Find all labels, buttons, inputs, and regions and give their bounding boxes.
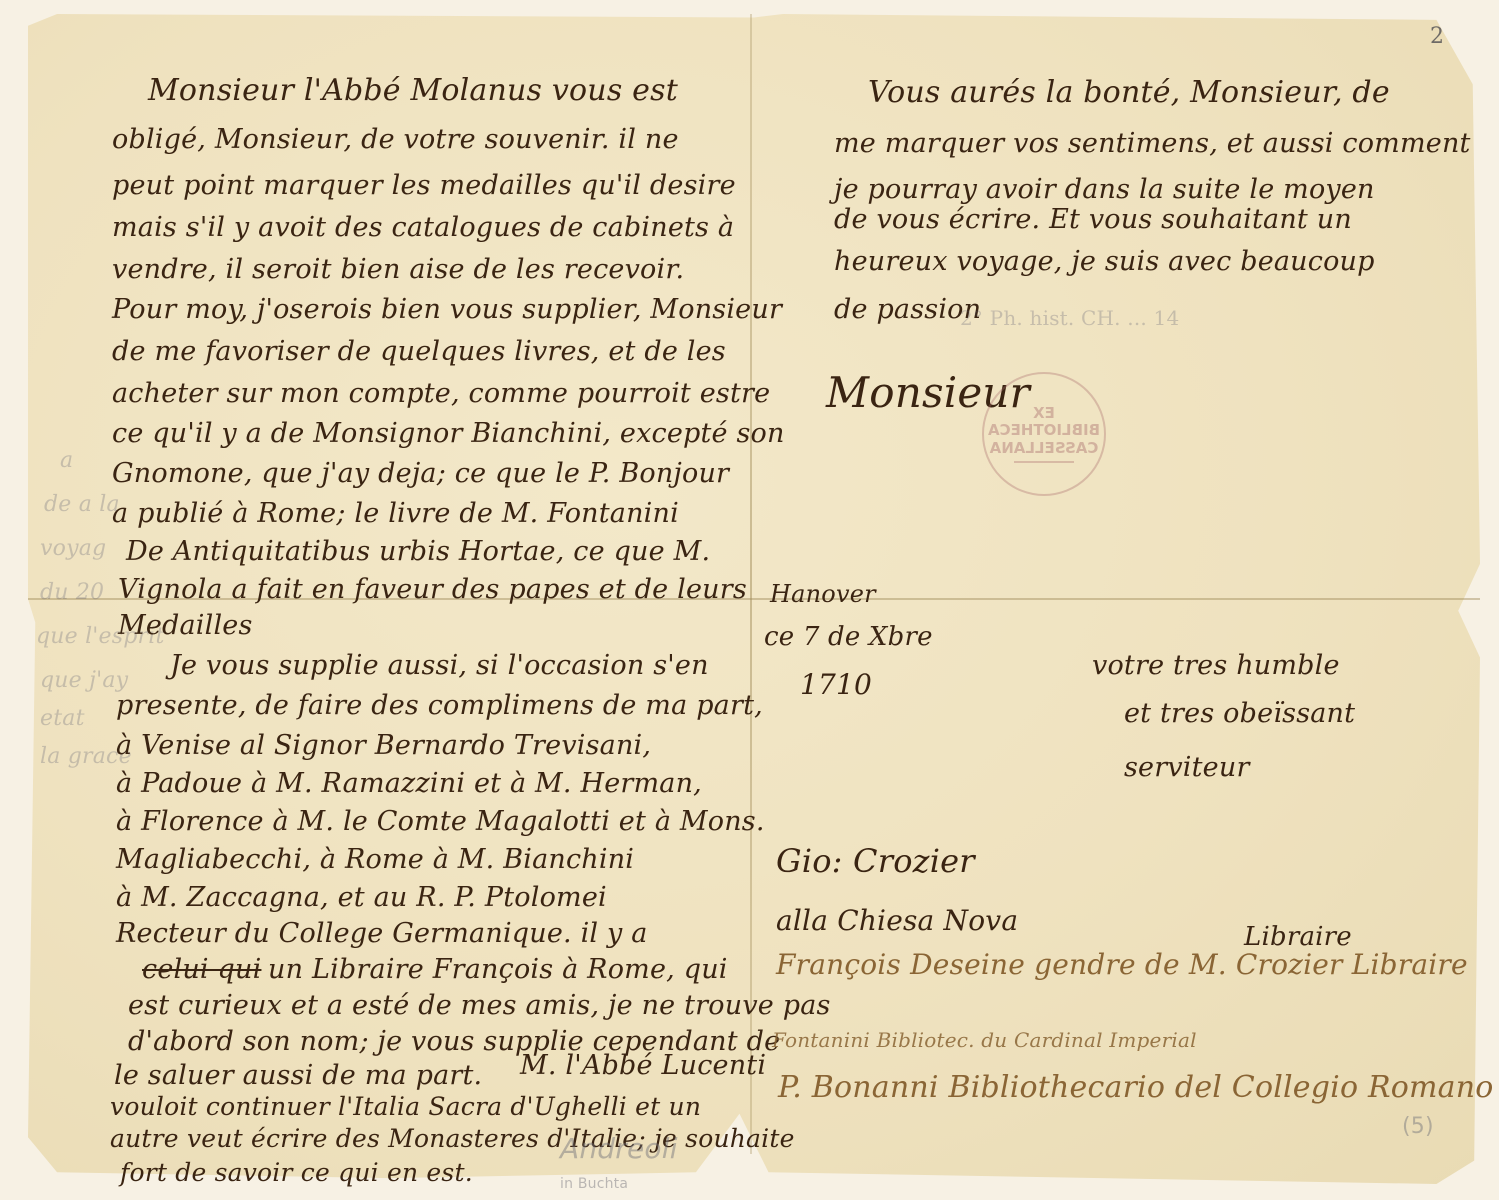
letter-line: à Venise al Signor Bernardo Trevisani, (116, 732, 651, 759)
vertical-fold (750, 14, 752, 1154)
stamp-rule (1014, 461, 1074, 463)
letter-line: ce qu'il y a de Monsignor Bianchini, exc… (112, 420, 785, 447)
bleed-line: de a la (44, 492, 120, 517)
letter-line: Medailles (118, 612, 253, 639)
letter-line: autre veut écrire des Monasteres d'Itali… (110, 1126, 795, 1151)
letter-line: Vignola a fait en faveur des papes et de… (118, 576, 747, 603)
letter-line: a publié à Rome; le livre de M. Fontanin… (112, 500, 679, 527)
stamp-line: BIBLIOTHECA (988, 422, 1100, 439)
letter-line: De Antiquitatibus urbis Hortae, ce que M… (126, 538, 710, 565)
dateline-year: 1710 (800, 668, 872, 701)
closing-line: et tres obeïssant (1124, 700, 1355, 727)
closing-line: votre tres humble (1092, 652, 1340, 679)
letter-line: un Libraire François à Rome, qui (268, 956, 728, 983)
pencil-note-andreoli: Andreoli (560, 1132, 678, 1165)
letter-line: de me favoriser de quelques livres, et d… (112, 338, 726, 365)
closing-line: serviteur (1124, 754, 1250, 781)
bleed-line: du 20 (40, 580, 104, 605)
annotation-deseine: François Deseine gendre de M. Crozier Li… (776, 948, 1468, 981)
address-crozier: Gio: Crozier (776, 842, 975, 880)
address-chiesa: alla Chiesa Nova (776, 904, 1018, 937)
letter-line: acheter sur mon compte, comme pourroit e… (112, 380, 770, 407)
library-stamp: EX BIBLIOTHECA CASSELLANA (982, 372, 1106, 496)
letter-line: Vous aurés la bonté, Monsieur, de (868, 78, 1390, 108)
letter-line: me marquer vos sentimens, et aussi comme… (834, 130, 1471, 157)
letter-line: je pourray avoir dans la suite le moyen (834, 176, 1375, 203)
letter-line: Gnomone, que j'ay deja; ce que le P. Bon… (112, 460, 729, 487)
bleed-line: etat (40, 706, 85, 731)
letter-line: à Florence à M. le Comte Magalotti et à … (116, 808, 765, 835)
dateline-day: ce 7 de Xbre (764, 622, 933, 652)
letter-line: à Padoue à M. Ramazzini et à M. Herman, (116, 770, 702, 797)
letter-line: de vous écrire. Et vous souhaitant un (834, 206, 1352, 233)
letter-line: Recteur du College Germanique. il y a (116, 920, 648, 947)
letter-line: fort de savoir ce qui en est. (120, 1160, 473, 1185)
letter-line: vendre, il seroit bien aise de les recev… (112, 256, 684, 283)
letter-line: M. l'Abbé Lucenti (520, 1052, 766, 1079)
bleed-line: a (60, 448, 73, 473)
archive-number: (5) (1402, 1114, 1434, 1139)
letter-line: presente, de faire des complimens de ma … (116, 692, 763, 719)
letter-line: est curieux et a esté de mes amis, je ne… (128, 992, 831, 1019)
letter-line: Monsieur l'Abbé Molanus vous est (148, 76, 678, 106)
annotation-fontanini: Fontanini Bibliotec. du Cardinal Imperia… (772, 1028, 1197, 1052)
shelfmark: 2° Ph. hist. CH. ... 14 (960, 306, 1179, 330)
letter-line: Je vous supplie aussi, si l'occasion s'e… (170, 652, 709, 679)
struck-word: celui qui (142, 956, 261, 983)
letter-line: le saluer aussi de ma part. (114, 1062, 482, 1089)
stamp-line: EX (1033, 405, 1055, 422)
letter-line: vouloit continuer l'Italia Sacra d'Ughel… (110, 1094, 701, 1119)
folio-number: 2 (1430, 24, 1444, 49)
letter-line: Magliabecchi, à Rome à M. Bianchini (116, 846, 634, 873)
letter-line: peut point marquer les medailles qu'il d… (112, 172, 736, 199)
stamp-line: CASSELLANA (990, 440, 1099, 457)
letter-line: heureux voyage, je suis avec beaucoup (834, 248, 1375, 275)
bleed-line: voyag (40, 536, 106, 561)
dateline-place: Hanover (770, 580, 876, 608)
letter-line: mais s'il y avoit des catalogues de cabi… (112, 214, 734, 241)
letter-line: à M. Zaccagna, et au R. P. Ptolomei (116, 884, 607, 911)
pencil-note-bottom: in Buchta (560, 1176, 628, 1192)
letter-line: Pour moy, j'oserois bien vous supplier, … (112, 296, 782, 323)
letter-line: obligé, Monsieur, de votre souvenir. il … (112, 126, 679, 153)
annotation-bonanni: P. Bonanni Bibliothecario del Collegio R… (778, 1070, 1494, 1105)
